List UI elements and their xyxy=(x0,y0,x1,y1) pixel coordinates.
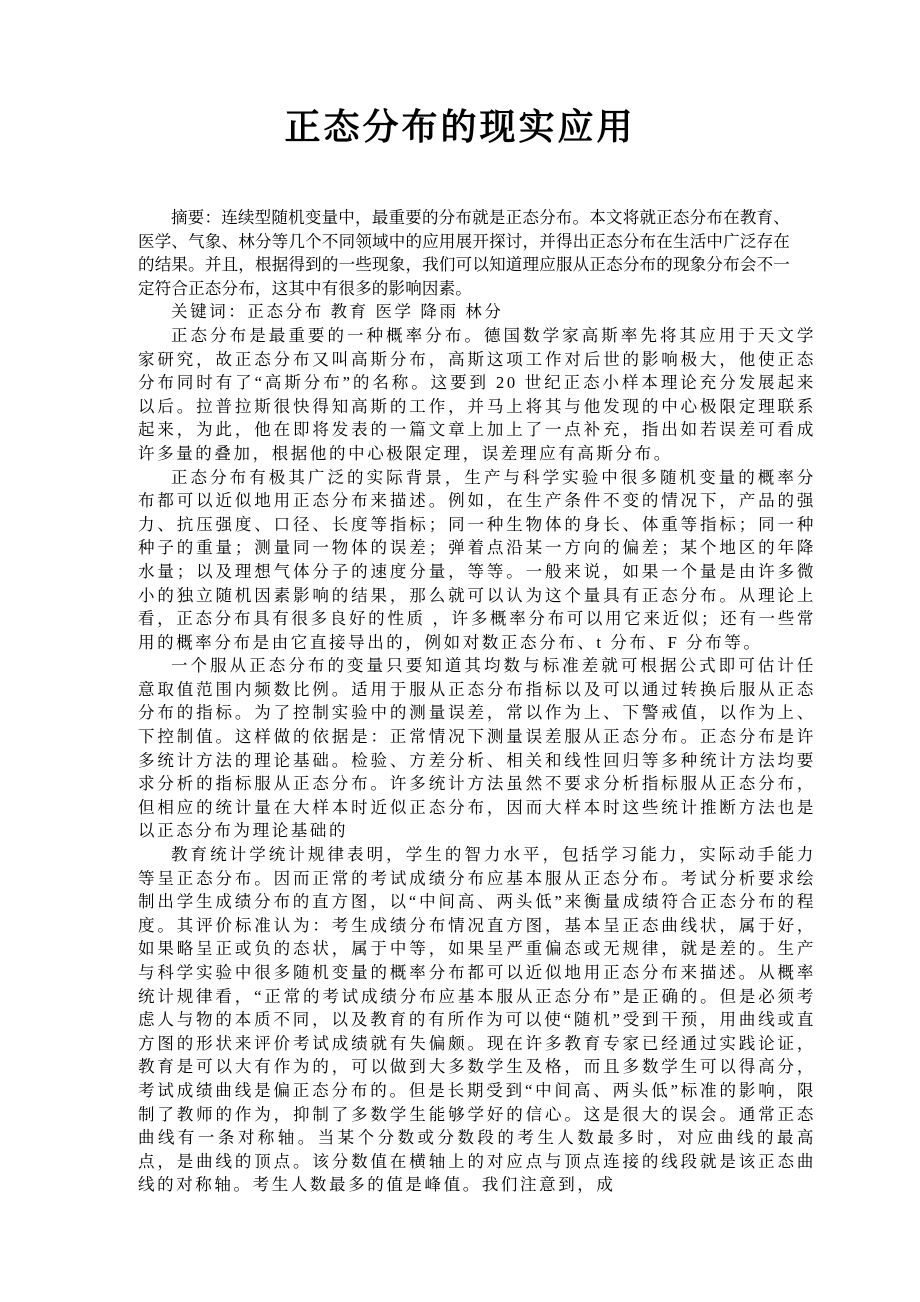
document-page: 正态分布的现实应用 摘要：连续型随机变量中，最重要的分布就是正态分布。本文将就正… xyxy=(0,0,920,1302)
body-paragraph-history: 正态分布是最重要的一种概率分布。德国数学家高斯率先将其应用于天文学家研究，故正态… xyxy=(138,324,816,466)
body-paragraph-background: 正态分布有极其广泛的实际背景，生产与科学实验中很多随机变量的概率分布都可以近似地… xyxy=(138,466,816,655)
body-paragraph-statistics: 一个服从正态分布的变量只要知道其均数与标准差就可根据公式即可估计任意取值范围内频… xyxy=(138,654,816,843)
document-title: 正态分布的现实应用 xyxy=(0,103,920,151)
document-body: 摘要：连续型随机变量中，最重要的分布就是正态分布。本文将就正态分布在教育、医学、… xyxy=(138,206,816,1197)
abstract-paragraph: 摘要：连续型随机变量中，最重要的分布就是正态分布。本文将就正态分布在教育、医学、… xyxy=(138,206,790,300)
body-paragraph-education: 教育统计学统计规律表明，学生的智力水平，包括学习能力，实际动手能力等呈正态分布。… xyxy=(138,843,816,1197)
keywords-line: 关键词：正态分布 教育 医学 降雨 林分 xyxy=(138,300,816,324)
